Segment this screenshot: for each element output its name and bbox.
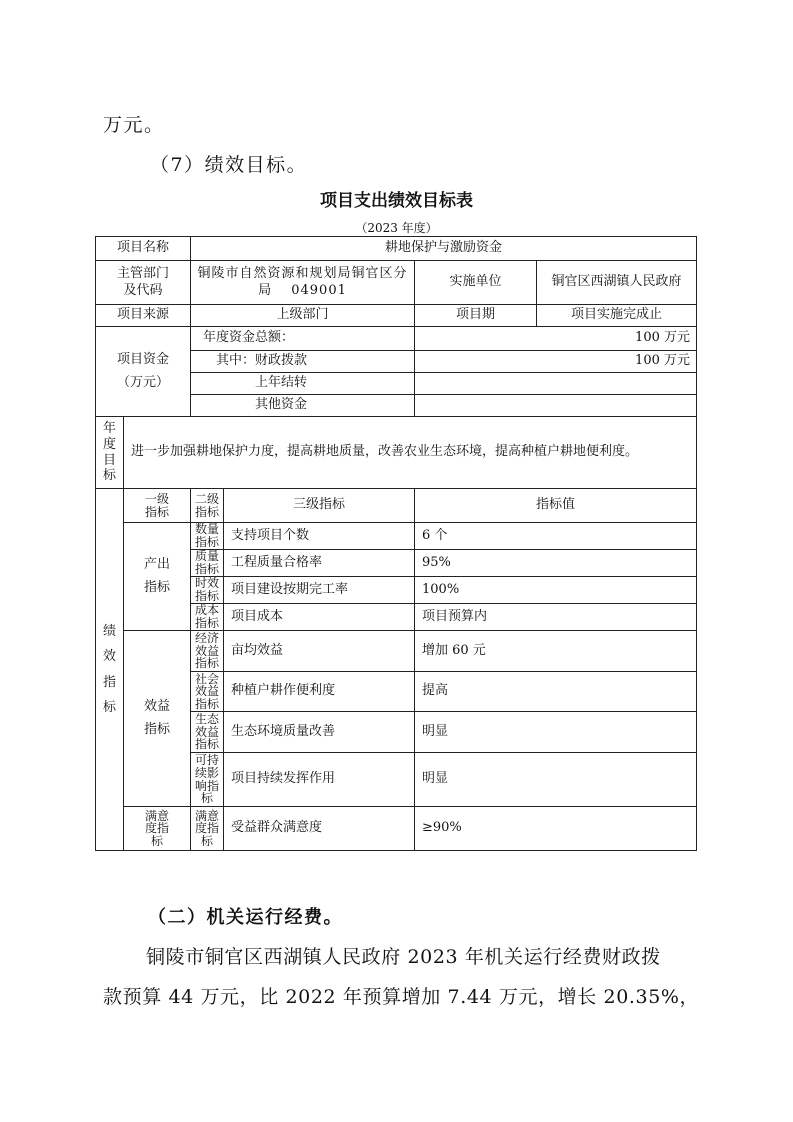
- level2-text: 满意度指标: [193, 810, 221, 848]
- level2-cell: 社会效益指标: [191, 672, 224, 712]
- level2-text: 数量指标: [194, 523, 220, 548]
- level2-cell: 可持续影响指标: [191, 753, 224, 807]
- funds-row-label: 年度资金总额：: [191, 327, 415, 351]
- level2-text: 生态效益指标: [194, 713, 220, 751]
- level2-text: 可持续影响指标: [194, 754, 220, 804]
- annual-goal-text: 进一步加强耕地保护力度，提高耕地质量，改善农业生态环境，提高种植户耕地便利度。: [124, 417, 697, 489]
- level3-cell: 生态环境质量改善: [224, 712, 415, 753]
- funds-row-label: 其他资金: [191, 395, 415, 417]
- period-label: 项目期: [415, 305, 537, 327]
- funds-row-value: [415, 395, 697, 417]
- header-level1-text: 一级指标: [143, 493, 171, 518]
- funds-label: 项目资金 （万元）: [96, 327, 191, 417]
- funds-row-label: 上年结转: [191, 373, 415, 395]
- level2-text: 经济效益指标: [194, 632, 220, 670]
- level3-cell: 工程质量合格率: [224, 550, 415, 577]
- level2-cell: 质量指标: [191, 550, 224, 577]
- section2-para-line1: 铜陵市铜官区西湖镇人民政府 2023 年机关运行经费财政拨: [146, 942, 661, 969]
- funds-label-line1: 项目资金: [100, 349, 186, 371]
- level2-text: 社会效益指标: [194, 673, 220, 711]
- level2-text: 质量指标: [194, 550, 220, 575]
- dept-label-line2: 及代码: [100, 283, 186, 299]
- level3-cell: 亩均效益: [224, 631, 415, 672]
- value-cell: 增加 60 元: [415, 631, 697, 672]
- level2-cell: 成本指标: [191, 604, 224, 631]
- annual-goal-label-text: 年度目标: [103, 421, 116, 483]
- value-cell: 提高: [415, 672, 697, 712]
- indicators-section-label-text: 绩效指标: [103, 619, 117, 720]
- table-subtitle: （2023 年度）: [0, 219, 793, 236]
- level2-text: 时效指标: [194, 577, 220, 602]
- level3-cell: 项目成本: [224, 604, 415, 631]
- header-level2-text: 二级指标: [193, 493, 221, 518]
- level3-cell: 支持项目个数: [224, 523, 415, 550]
- period-value: 项目实施完成止: [537, 305, 697, 327]
- dept-value-line1: 铜陵市自然资源和规划局铜官区分: [195, 266, 410, 282]
- level1-output: 产出指标: [124, 523, 191, 631]
- level1-output-text: 产出指标: [143, 554, 171, 598]
- project-name-label: 项目名称: [96, 237, 191, 261]
- value-cell: 项目预算内: [415, 604, 697, 631]
- value-cell: 95%: [415, 550, 697, 577]
- level2-cell: 满意度指标: [191, 807, 224, 851]
- annual-goal-label: 年度目标: [96, 417, 124, 489]
- table-title: 项目支出绩效目标表: [0, 186, 793, 211]
- level2-cell: 数量指标: [191, 523, 224, 550]
- level2-cell: 时效指标: [191, 577, 224, 604]
- section2-heading: （二）机关运行经费。: [148, 903, 343, 929]
- dept-label-line1: 主管部门: [100, 266, 186, 282]
- level3-cell: 种植户耕作便利度: [224, 672, 415, 712]
- performance-target-table: 项目名称 耕地保护与激励资金 主管部门 及代码 铜陵市自然资源和规划局铜官区分 …: [95, 236, 697, 851]
- impl-unit-value: 铜官区西湖镇人民政府: [537, 261, 697, 305]
- value-cell: 明显: [415, 753, 697, 807]
- header-level3: 三级指标: [224, 489, 415, 523]
- level1-benefit-text: 效益指标: [143, 696, 171, 740]
- level2-text: 成本指标: [194, 604, 220, 629]
- funds-row-label: 其中：财政拨款: [191, 351, 415, 373]
- indicators-section-label: 绩效指标: [96, 489, 124, 851]
- impl-unit-label: 实施单位: [415, 261, 537, 305]
- funds-row-value: 100 万元: [415, 327, 697, 351]
- header-level1: 一级指标: [124, 489, 191, 523]
- level1-satisfaction-text: 满意度指标: [143, 810, 171, 848]
- value-cell: ≥90%: [415, 807, 697, 851]
- value-cell: 6 个: [415, 523, 697, 550]
- level3-cell: 受益群众满意度: [224, 807, 415, 851]
- intro-line-1: 万元。: [103, 110, 165, 137]
- level3-cell: 项目建设按期完工率: [224, 577, 415, 604]
- intro-line-2: （7）绩效目标。: [150, 150, 307, 177]
- level1-benefit: 效益指标: [124, 631, 191, 807]
- project-name-value: 耕地保护与激励资金: [191, 237, 697, 261]
- funds-row-value: 100 万元: [415, 351, 697, 373]
- section2-para-line2: 款预算 44 万元，比 2022 年预算增加 7.44 万元，增长 20.35%…: [103, 982, 699, 1009]
- funds-row-value: [415, 373, 697, 395]
- header-level2: 二级指标: [191, 489, 224, 523]
- funds-label-line2: （万元）: [100, 372, 186, 394]
- dept-value-line2: 局 049001: [195, 283, 410, 299]
- source-label: 项目来源: [96, 305, 191, 327]
- header-value: 指标值: [415, 489, 697, 523]
- dept-label: 主管部门 及代码: [96, 261, 191, 305]
- level1-satisfaction: 满意度指标: [124, 807, 191, 851]
- value-cell: 100%: [415, 577, 697, 604]
- dept-value: 铜陵市自然资源和规划局铜官区分 局 049001: [191, 261, 415, 305]
- level2-cell: 生态效益指标: [191, 712, 224, 753]
- level2-cell: 经济效益指标: [191, 631, 224, 672]
- level3-cell: 项目持续发挥作用: [224, 753, 415, 807]
- value-cell: 明显: [415, 712, 697, 753]
- source-value: 上级部门: [191, 305, 415, 327]
